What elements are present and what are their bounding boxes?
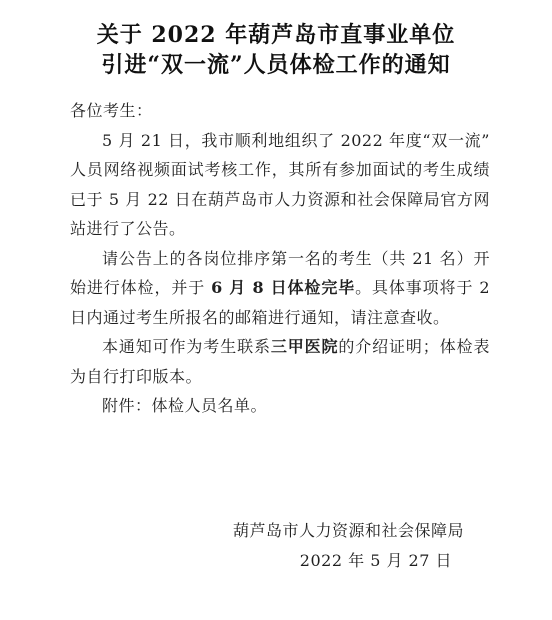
notice-document-page: 关于 2022 年葫芦岛市直事业单位 引进“双一流”人员体检工作的通知 各位考生… xyxy=(0,0,552,620)
physical-exam-deadline-emphasis: 6 月 8 日体检完毕 xyxy=(211,278,355,297)
document-title: 关于 2022 年葫芦岛市直事业单位 引进“双一流”人员体检工作的通知 xyxy=(0,0,552,80)
signature-block: 葫芦岛市人力资源和社会保障局 2022 年 5 月 27 日 xyxy=(0,516,552,576)
issuing-authority: 葫芦岛市人力资源和社会保障局 xyxy=(0,516,552,546)
salutation: 各位考生： xyxy=(70,96,490,126)
paragraph-hospital-certificate-text: 本通知可作为考生联系 xyxy=(102,337,271,356)
paragraph-physical-exam-schedule: 请公告上的各岗位排序第一名的考生（共 21 名）开始进行体检，并于 6 月 8 … xyxy=(70,244,490,333)
paragraph-hospital-certificate: 本通知可作为考生联系三甲医院的介绍证明；体检表为自行打印版本。 xyxy=(70,332,490,391)
document-title-line-1: 关于 2022 年葫芦岛市直事业单位 xyxy=(97,22,456,48)
document-title-line-2: 引进“双一流”人员体检工作的通知 xyxy=(101,52,450,78)
paragraph-interview-results-text: 5 月 21 日，我市顺利地组织了 2022 年度“双一流”人员网络视频面试考核… xyxy=(70,131,490,239)
document-body: 各位考生： 5 月 21 日，我市顺利地组织了 2022 年度“双一流”人员网络… xyxy=(70,96,490,421)
hospital-grade-emphasis: 三甲医院 xyxy=(271,337,339,356)
paragraph-interview-results: 5 月 21 日，我市顺利地组织了 2022 年度“双一流”人员网络视频面试考核… xyxy=(70,126,490,244)
attachment-note: 附件：体检人员名单。 xyxy=(70,391,490,421)
issue-date: 2022 年 5 月 27 日 xyxy=(0,546,552,576)
